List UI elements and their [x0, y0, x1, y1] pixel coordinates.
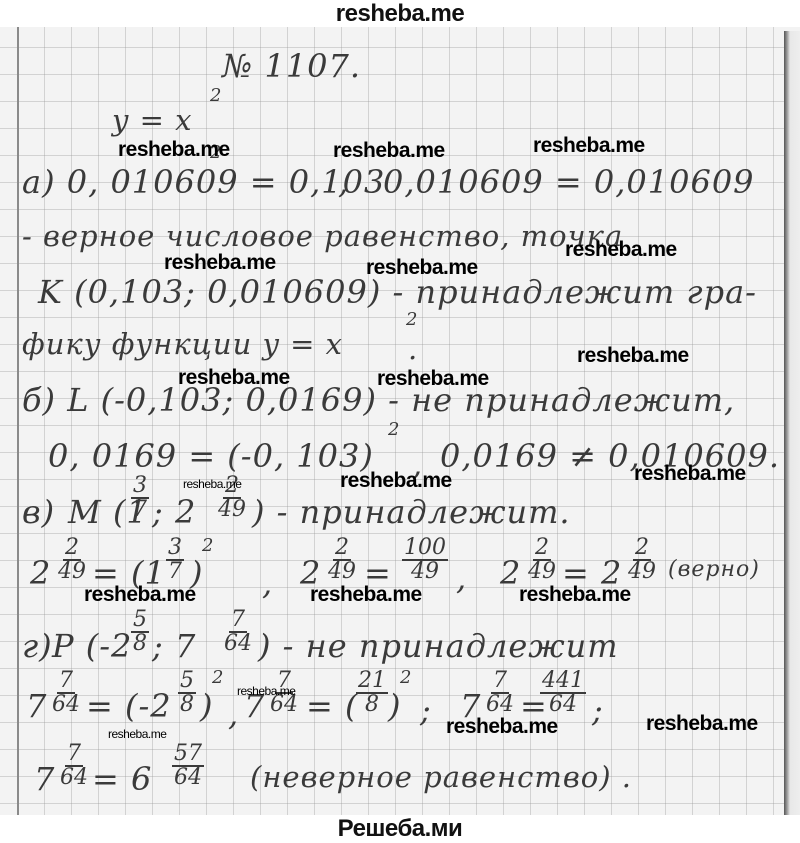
part-a-sep: ,	[338, 163, 349, 201]
g-eq1-whole: 7	[26, 687, 47, 725]
v-eq3-frac2: 249	[626, 537, 658, 583]
g-eq4-frac: 764	[58, 743, 90, 789]
g-semi1: ;	[420, 691, 432, 729]
g-semi2: ;	[592, 691, 604, 729]
part-v-label: в)	[22, 493, 55, 531]
watermark: resheba.me	[183, 477, 241, 491]
part-a-line4: фику функции y = x	[22, 327, 343, 361]
v-eq3-frac: 249	[526, 537, 558, 583]
g-eq2-exp: 2	[400, 667, 411, 688]
part-a-line4-end: .	[408, 332, 418, 366]
watermark: resheba.me	[178, 366, 290, 390]
part-g-label: г)	[22, 627, 53, 665]
g-eq3-frac2: 44164	[540, 670, 586, 716]
watermark: resheba.me	[118, 138, 230, 162]
part-b-exponent: 2	[388, 419, 399, 440]
function-definition: y = x	[112, 103, 192, 137]
watermark: resheba.me	[634, 462, 746, 486]
watermark: resheba.me	[333, 139, 445, 163]
v-eq2-frac2: 10049	[402, 537, 448, 583]
part-b-line2-left: 0, 0169 = (-0, 103)	[48, 437, 374, 475]
page-edge	[784, 31, 800, 815]
g-eq4-mid: = 6	[92, 760, 152, 798]
part-v-x-fraction: 37	[131, 475, 149, 521]
watermark: resheba.me	[164, 251, 276, 275]
watermark: resheba.me	[519, 583, 631, 607]
part-g-x-fraction: 58	[131, 609, 149, 655]
g-eq4-whole: 7	[34, 760, 55, 798]
v-eq2-frac: 249	[326, 537, 358, 583]
watermark: resheba.me	[340, 469, 452, 493]
watermark: resheba.me	[377, 367, 489, 391]
part-g-y-fraction: 764	[222, 609, 254, 655]
watermark: resheba.me	[577, 344, 689, 368]
problem-number: № 1107.	[222, 47, 361, 85]
g-eq1-mid: = (-2	[86, 687, 172, 725]
v-comma1: ,	[262, 564, 273, 602]
watermark: resheba.me	[84, 583, 196, 607]
g-eq2-frac2: 218	[356, 670, 388, 716]
v-eq1-frac: 249	[56, 537, 88, 583]
g-eq1-exp: 2	[212, 667, 223, 688]
watermark: resheba.me	[533, 134, 645, 158]
part-a-line2: - верное числовое равенство, точка	[22, 219, 623, 253]
v-eq1-frac2: 37	[166, 537, 184, 583]
notebook-page: № 1107. y = x 2 а) 0, 010609 = 0,103 2 ,…	[0, 27, 800, 815]
watermark: resheba.me	[646, 712, 758, 736]
margin-line	[17, 27, 19, 815]
g-eq4-note: (неверное равенство) .	[250, 760, 632, 794]
g-eq1-frac: 764	[50, 670, 82, 716]
g-eq2-end: )	[388, 687, 401, 725]
v-comma2: ,	[456, 559, 467, 597]
g-eq3-frac: 764	[484, 670, 516, 716]
g-comma1: ,	[228, 695, 239, 733]
v-eq1-whole: 2	[30, 554, 51, 592]
g-eq4-frac2: 5764	[172, 743, 204, 789]
watermark: resheba.me	[446, 715, 558, 739]
site-header: resheba.me	[0, 0, 800, 27]
v-eq1-exp: 2	[202, 535, 213, 556]
g-eq2-mid: = (	[306, 687, 358, 725]
watermark: resheba.me	[108, 727, 166, 741]
watermark: resheba.me	[366, 256, 478, 280]
part-g-sep: ; 7	[152, 627, 196, 665]
function-exponent: 2	[210, 85, 221, 106]
watermark: resheba.me	[237, 684, 295, 698]
part-a-line1-left: а) 0, 010609 = 0,103	[22, 163, 385, 201]
part-v-status: ) - принадлежит.	[252, 493, 571, 531]
site-footer: Решеба.ми	[0, 815, 800, 843]
part-a-line4-exp: 2	[406, 309, 417, 330]
watermark: resheba.me	[565, 238, 677, 262]
part-a-line1-right: 0,010609 = 0,010609	[383, 163, 755, 201]
g-eq1-end: )	[200, 687, 213, 725]
g-eq1-frac2: 58	[178, 670, 196, 716]
part-g-point: P (-2	[52, 627, 132, 665]
part-g-status: ) - не принадлежит	[258, 627, 619, 665]
watermark: resheba.me	[310, 583, 422, 607]
part-v-sep: ; 2	[152, 493, 196, 531]
v-eq3-note: (верно)	[668, 557, 760, 582]
